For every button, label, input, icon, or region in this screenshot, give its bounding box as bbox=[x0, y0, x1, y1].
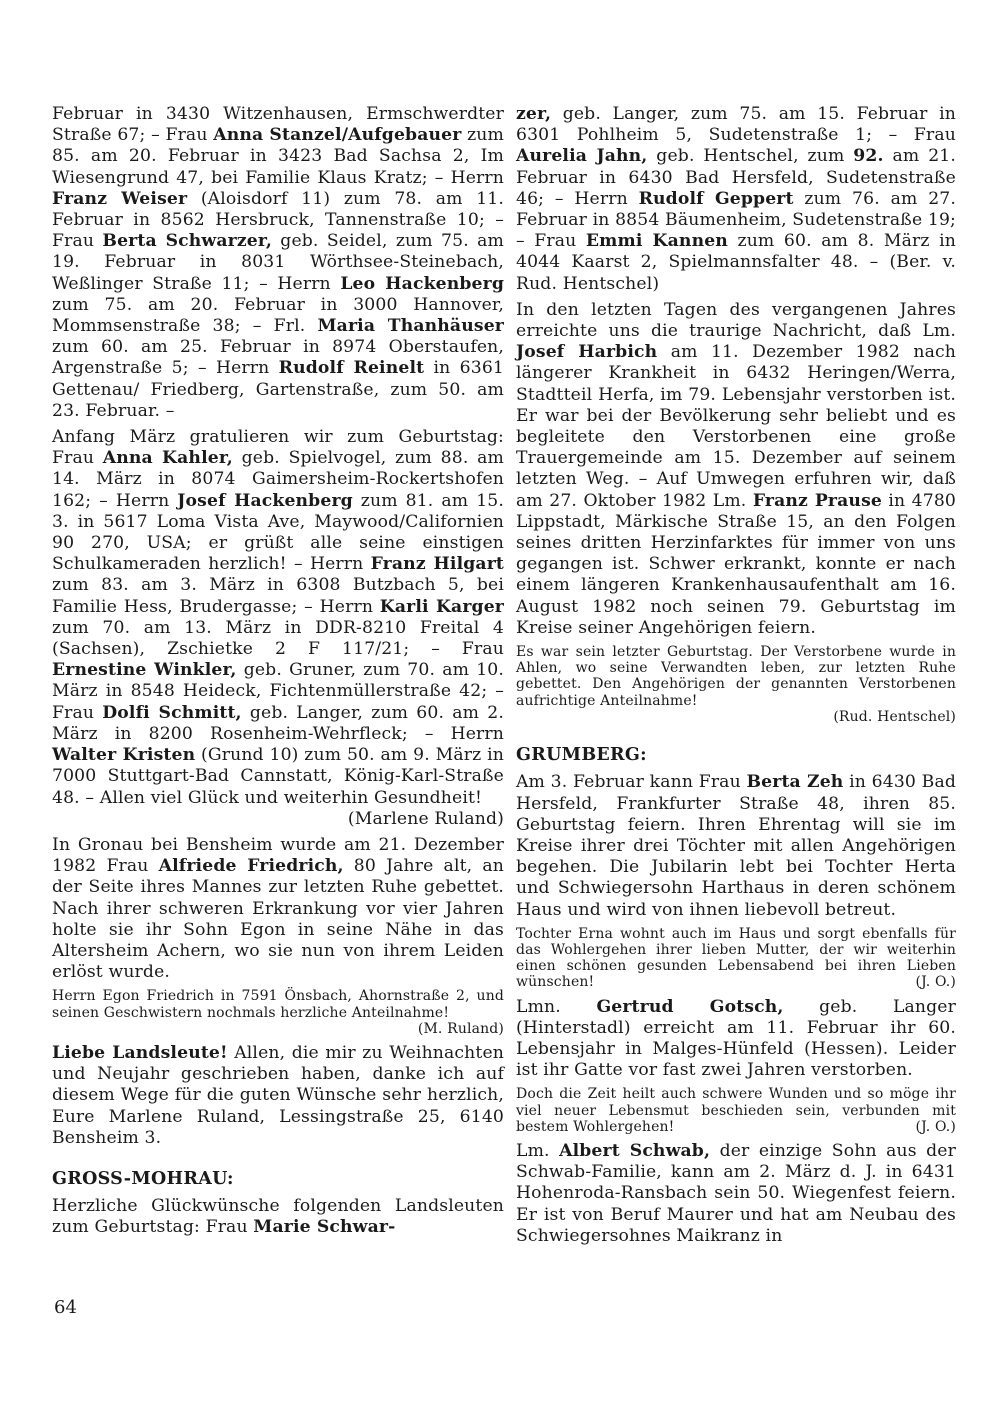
birthday-list-march: Anfang März gratulieren wir zum Geburtst… bbox=[52, 427, 504, 830]
wishes-note: Doch die Zeit heilt auch schwere Wunden … bbox=[516, 1086, 956, 1135]
obituary-paragraph: In den letzten Tagen des vergangenen Jah… bbox=[516, 300, 956, 639]
person-name: Albert Schwab, bbox=[559, 1141, 710, 1161]
person-name: Josef Harbich bbox=[516, 342, 657, 362]
person-name: Anna Stanzel/Aufgebauer bbox=[213, 125, 461, 145]
obituary-paragraph: In Gronau bei Bensheim wurde am 21. Deze… bbox=[52, 835, 504, 983]
person-name: Rudolf Reinelt bbox=[279, 358, 425, 378]
birthday-list-continued: zer, geb. Langer, zum 75. am 15. Februar… bbox=[516, 104, 956, 295]
birthday-paragraph: Lm. Albert Schwab, der einzige Sohn aus … bbox=[516, 1141, 956, 1247]
age-highlight: 92. bbox=[853, 146, 883, 166]
person-name: Karli Karger bbox=[380, 597, 504, 617]
page-number: 64 bbox=[54, 1297, 77, 1318]
person-name: Josef Hackenberg bbox=[177, 491, 353, 511]
wishes-note: Tochter Erna wohnt auch im Haus und sorg… bbox=[516, 926, 956, 991]
person-name: Aurelia Jahn, bbox=[516, 146, 647, 166]
person-name: Franz Prause bbox=[753, 491, 882, 511]
person-name: Walter Kristen bbox=[52, 745, 195, 765]
person-name: Rudolf Geppert bbox=[639, 189, 794, 209]
person-name: Leo Hackenberg bbox=[340, 274, 504, 294]
section-heading-grumberg: GRUMBERG: bbox=[516, 745, 956, 766]
person-name: Emmi Kannen bbox=[586, 231, 728, 251]
document-page: Februar in 3430 Witzenhausen, Ermschwerd… bbox=[0, 0, 1000, 1413]
person-name: Franz Weiser bbox=[52, 189, 187, 209]
author-signature: (J. O.) bbox=[915, 1119, 956, 1135]
person-name: Berta Schwarzer, bbox=[102, 231, 272, 251]
author-signature: (J. O.) bbox=[915, 974, 956, 990]
author-signature: (Marlene Ruland) bbox=[348, 809, 504, 830]
greeting-heading: Liebe Landsleute! bbox=[52, 1043, 228, 1063]
person-name: Marie Schwar- bbox=[253, 1217, 395, 1237]
author-signature: (Rud. Hentschel) bbox=[516, 709, 956, 725]
person-name: Maria Thanhäuser bbox=[317, 316, 504, 336]
person-name: Anna Kahler, bbox=[103, 448, 233, 468]
birthday-intro-paragraph: Herzliche Glückwünsche folgenden Landsle… bbox=[52, 1196, 504, 1238]
person-name: Berta Zeh bbox=[746, 772, 843, 792]
thank-you-paragraph: Liebe Landsleute! Allen, die mir zu Weih… bbox=[52, 1043, 504, 1149]
condolence-note: Es war sein letzter Geburtstag. Der Vers… bbox=[516, 644, 956, 725]
condolence-note: Herrn Egon Friedrich in 7591 Önsbach, Ah… bbox=[52, 988, 504, 1037]
person-name: Dolfi Schmitt, bbox=[102, 703, 241, 723]
right-column: zer, geb. Langer, zum 75. am 15. Februar… bbox=[516, 104, 956, 1252]
author-signature: (M. Ruland) bbox=[418, 1021, 504, 1037]
section-heading-gross-mohrau: GROSS-MOHRAU: bbox=[52, 1169, 504, 1190]
person-name: Gertrud Gotsch, bbox=[596, 997, 783, 1017]
birthday-list-february: Februar in 3430 Witzenhausen, Ermschwerd… bbox=[52, 104, 504, 422]
person-name: zer, bbox=[516, 104, 551, 124]
birthday-paragraph: Lmn. Gertrud Gotsch, geb. Langer (Hinter… bbox=[516, 997, 956, 1082]
left-column: Februar in 3430 Witzenhausen, Ermschwerd… bbox=[52, 104, 504, 1244]
person-name: Franz Hilgart bbox=[371, 554, 504, 574]
birthday-paragraph: Am 3. Februar kann Frau Berta Zeh in 643… bbox=[516, 772, 956, 920]
person-name: Ernestine Winkler, bbox=[52, 660, 237, 680]
person-name: Alfriede Friedrich, bbox=[159, 856, 344, 876]
